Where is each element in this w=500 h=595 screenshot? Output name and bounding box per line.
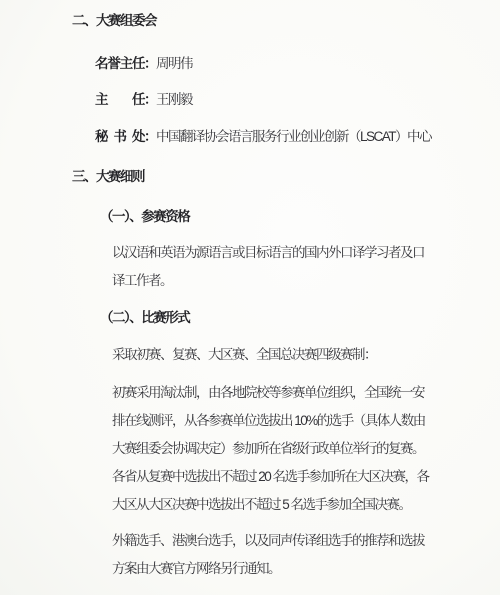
- subsection-heading-eligibility: （一）、参赛资格: [100, 203, 500, 231]
- paragraph-line: 采取初赛、复赛、大区赛、全国总决赛四级赛制：: [112, 341, 500, 369]
- paragraph-line: 方案由大赛官方网络另行通知。: [112, 555, 500, 583]
- section-heading-rules: 三、大赛细则: [72, 163, 500, 191]
- paragraph-line: 以汉语和英语为源语言或目标语言的国内外口译学习者及口: [112, 239, 500, 267]
- committee-item-label: 主任: [95, 86, 144, 114]
- committee-item-value: 中国翻译协会语言服务行业创业创新（LSCAT）中心: [156, 129, 431, 144]
- paragraph-line: 译工作者。: [112, 267, 500, 295]
- committee-item-director: 主任：王刚毅: [95, 86, 500, 114]
- committee-item-label: 名誉主任: [95, 50, 144, 78]
- paragraph-line: 大区从大区决赛中选拔出不超过 5 名选手参加全国决赛。: [112, 491, 500, 519]
- section-heading-committee: 二、大赛组委会: [72, 7, 500, 35]
- format-intro-paragraph: 采取初赛、复赛、大区赛、全国总决赛四级赛制：: [112, 341, 500, 369]
- paragraph-line: 外籍选手、港澳台选手，以及同声传译组选手的推荐和选拔: [112, 527, 500, 555]
- format-detail-paragraph: 初赛采用淘汰制，由各地院校等参赛单位组织，全国统一安 排在线测评，从各参赛单位选…: [112, 379, 500, 519]
- subsection-heading-format: （二）、比赛形式: [100, 304, 500, 332]
- committee-item-honorary-director: 名誉主任：周明伟: [95, 50, 500, 78]
- committee-item-value: 周明伟: [156, 56, 192, 71]
- committee-item-colon: ：: [144, 92, 156, 107]
- paragraph-line: 排在线测评，从各参赛单位选拔出 10%的选手（具体人数由: [112, 407, 500, 435]
- special-contestants-paragraph: 外籍选手、港澳台选手，以及同声传译组选手的推荐和选拔 方案由大赛官方网络另行通知…: [112, 527, 500, 583]
- committee-item-value: 王刚毅: [156, 92, 192, 107]
- paragraph-line: 大赛组委会协调决定）参加所在省级行政单位举行的复赛。: [112, 435, 500, 463]
- committee-item-label: 秘书处: [95, 123, 144, 151]
- paragraph-line: 各省从复赛中选拔出不超过 20 名选手参加所在大区决赛，各: [112, 463, 500, 491]
- paragraph-line: 初赛采用淘汰制，由各地院校等参赛单位组织，全国统一安: [112, 379, 500, 407]
- committee-item-colon: ：: [144, 56, 156, 71]
- eligibility-paragraph: 以汉语和英语为源语言或目标语言的国内外口译学习者及口 译工作者。: [112, 239, 500, 295]
- committee-item-colon: ：: [144, 129, 156, 144]
- committee-item-secretariat: 秘书处：中国翻译协会语言服务行业创业创新（LSCAT）中心: [95, 123, 500, 151]
- document-page: 二、大赛组委会 名誉主任：周明伟 主任：王刚毅 秘书处：中国翻译协会语言服务行业…: [0, 0, 500, 595]
